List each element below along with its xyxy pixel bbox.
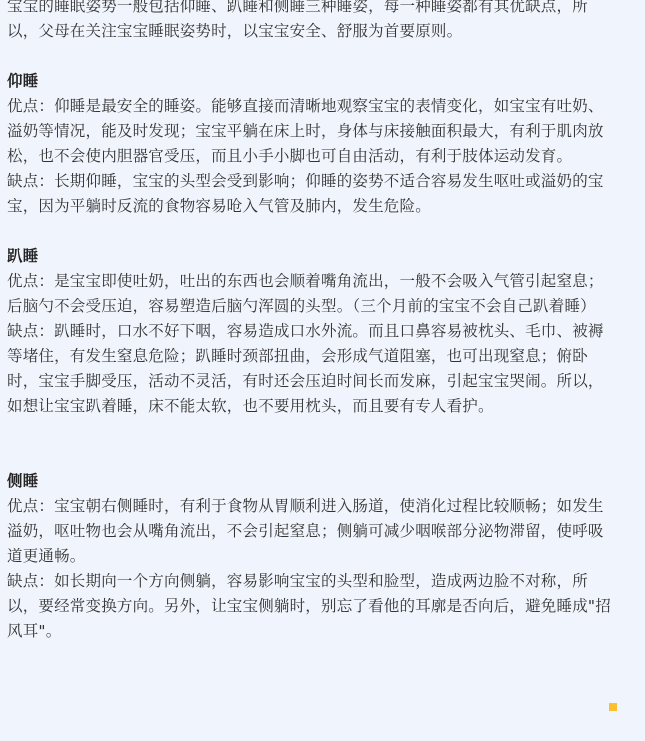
section-title-supine: 仰睡	[7, 69, 619, 94]
spacer	[7, 419, 619, 444]
orange-square-marker-icon	[609, 703, 617, 711]
prone-pros: 优点：是宝宝即使吐奶，吐出的东西也会顺着嘴角流出，一般不会吸入气管引起窒息；后脑…	[7, 269, 619, 319]
supine-cons: 缺点：长期仰睡，宝宝的头型会受到影响；仰睡的姿势不适合容易发生呕吐或溢奶的宝宝，…	[7, 169, 619, 219]
spacer	[7, 44, 619, 69]
spacer	[7, 219, 619, 244]
article-body: 宝宝的睡眠姿势一般包括仰睡、趴睡和侧睡三种睡姿，每一种睡姿都有其优缺点，所以，父…	[7, 0, 619, 644]
section-title-side: 侧睡	[7, 469, 619, 494]
supine-pros: 优点：仰睡是最安全的睡姿。能够直接而清晰地观察宝宝的表情变化，如宝宝有吐奶、溢奶…	[7, 94, 619, 169]
side-cons: 缺点：如长期向一个方向侧躺，容易影响宝宝的头型和脸型，造成两边脸不对称，所以，要…	[7, 569, 619, 644]
side-pros: 优点：宝宝朝右侧睡时，有利于食物从胃顺利进入肠道，使消化过程比较顺畅；如发生溢奶…	[7, 494, 619, 569]
section-title-prone: 趴睡	[7, 244, 619, 269]
spacer	[7, 444, 619, 469]
prone-cons: 缺点：趴睡时，口水不好下咽，容易造成口水外流。而且口鼻容易被枕头、毛巾、被褥等堵…	[7, 319, 619, 419]
intro-paragraph: 宝宝的睡眠姿势一般包括仰睡、趴睡和侧睡三种睡姿，每一种睡姿都有其优缺点，所以，父…	[7, 0, 619, 44]
